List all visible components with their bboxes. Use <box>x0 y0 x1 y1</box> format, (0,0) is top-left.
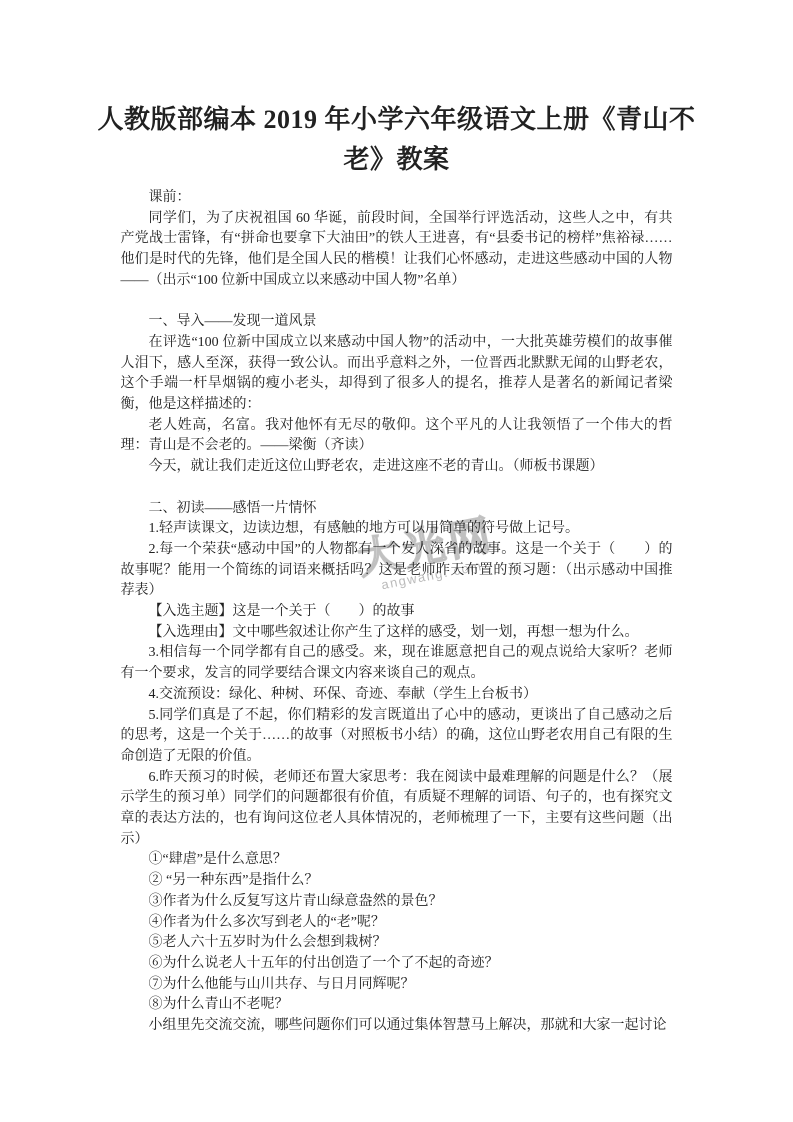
paragraph: ⑧为什么青山不老呢？ <box>121 995 673 1016</box>
paragraph: ⑦为什么他能与山川共存、与日月同辉呢？ <box>121 975 673 996</box>
paragraph: ⑥为什么说老人十五年的付出创造了一个了不起的奇迹？ <box>121 954 673 975</box>
paragraph: ⑤老人六十五岁时为什么会想到栽树？ <box>121 933 673 954</box>
paragraph: 6.昨天预习的时候，老师还布置大家思考：我在阅读中最难理解的问题是什么？（展示学… <box>121 768 673 851</box>
paragraph: 【入选主题】这是一个关于（ ）的故事 <box>121 602 673 623</box>
paragraph: 小组里先交流交流，哪些问题你们可以通过集体智慧马上解决，那就和大家一起讨论 <box>121 1016 673 1037</box>
paragraph: 【入选理由】文中哪些叙述让你产生了这样的感受，划一划，再想一想为什么。 <box>121 623 673 644</box>
paragraph: ③作者为什么反复写这片青山绿意盎然的景色？ <box>121 892 673 913</box>
paragraph: 3.相信每一个同学都有自己的感受。来，现在谁愿意把自己的观点说给大家听？老师有一… <box>121 643 673 684</box>
document-title: 人教版部编本 2019 年小学六年级语文上册《青山不老》教案 <box>97 100 697 180</box>
paragraph: 课前： <box>121 188 673 209</box>
paragraph: 二、初读——感悟一片情怀 <box>121 499 673 520</box>
paragraph: 一、导入——发现一道风景 <box>121 312 673 333</box>
blank-line <box>121 292 673 313</box>
paragraph: 老人姓高，名富。我对他怀有无尽的敬仰。这个平凡的人让我领悟了一个伟大的哲理：青山… <box>121 416 673 457</box>
paragraph: 4.交流预设：绿化、种树、环保、奇迹、奉献（学生上台板书） <box>121 685 673 706</box>
paragraph: 在评选“100 位新中国成立以来感动中国人物”的活动中，一大批英雄劳模们的故事催… <box>121 333 673 416</box>
document-body: 课前：同学们，为了庆祝祖国 60 华诞，前段时间，全国举行评选活动，这些人之中，… <box>121 188 673 1037</box>
paragraph: ④作者为什么多次写到老人的“老”呢？ <box>121 913 673 934</box>
paragraph: 5.同学们真是了不起，你们精彩的发言既道出了心中的感动，更谈出了自己感动之后的思… <box>121 706 673 768</box>
paragraph: 2.每一个荣获“感动中国”的人物都有一个发人深省的故事。这是一个关于（ ）的故事… <box>121 540 673 602</box>
document-page: 大光网 angwang. com 人教版部编本 2019 年小学六年级语文上册《… <box>0 0 793 1122</box>
blank-line <box>121 478 673 499</box>
paragraph: 今天，就让我们走近这位山野老农，走进这座不老的青山。（师板书课题） <box>121 457 673 478</box>
paragraph: 1.轻声读课文，边读边想，有感触的地方可以用简单的符号做上记号。 <box>121 519 673 540</box>
paragraph: 同学们，为了庆祝祖国 60 华诞，前段时间，全国举行评选活动，这些人之中，有共产… <box>121 209 673 292</box>
paragraph: ①“肆虐”是什么意思？ <box>121 850 673 871</box>
paragraph: ② “另一种东西”是指什么？ <box>121 871 673 892</box>
